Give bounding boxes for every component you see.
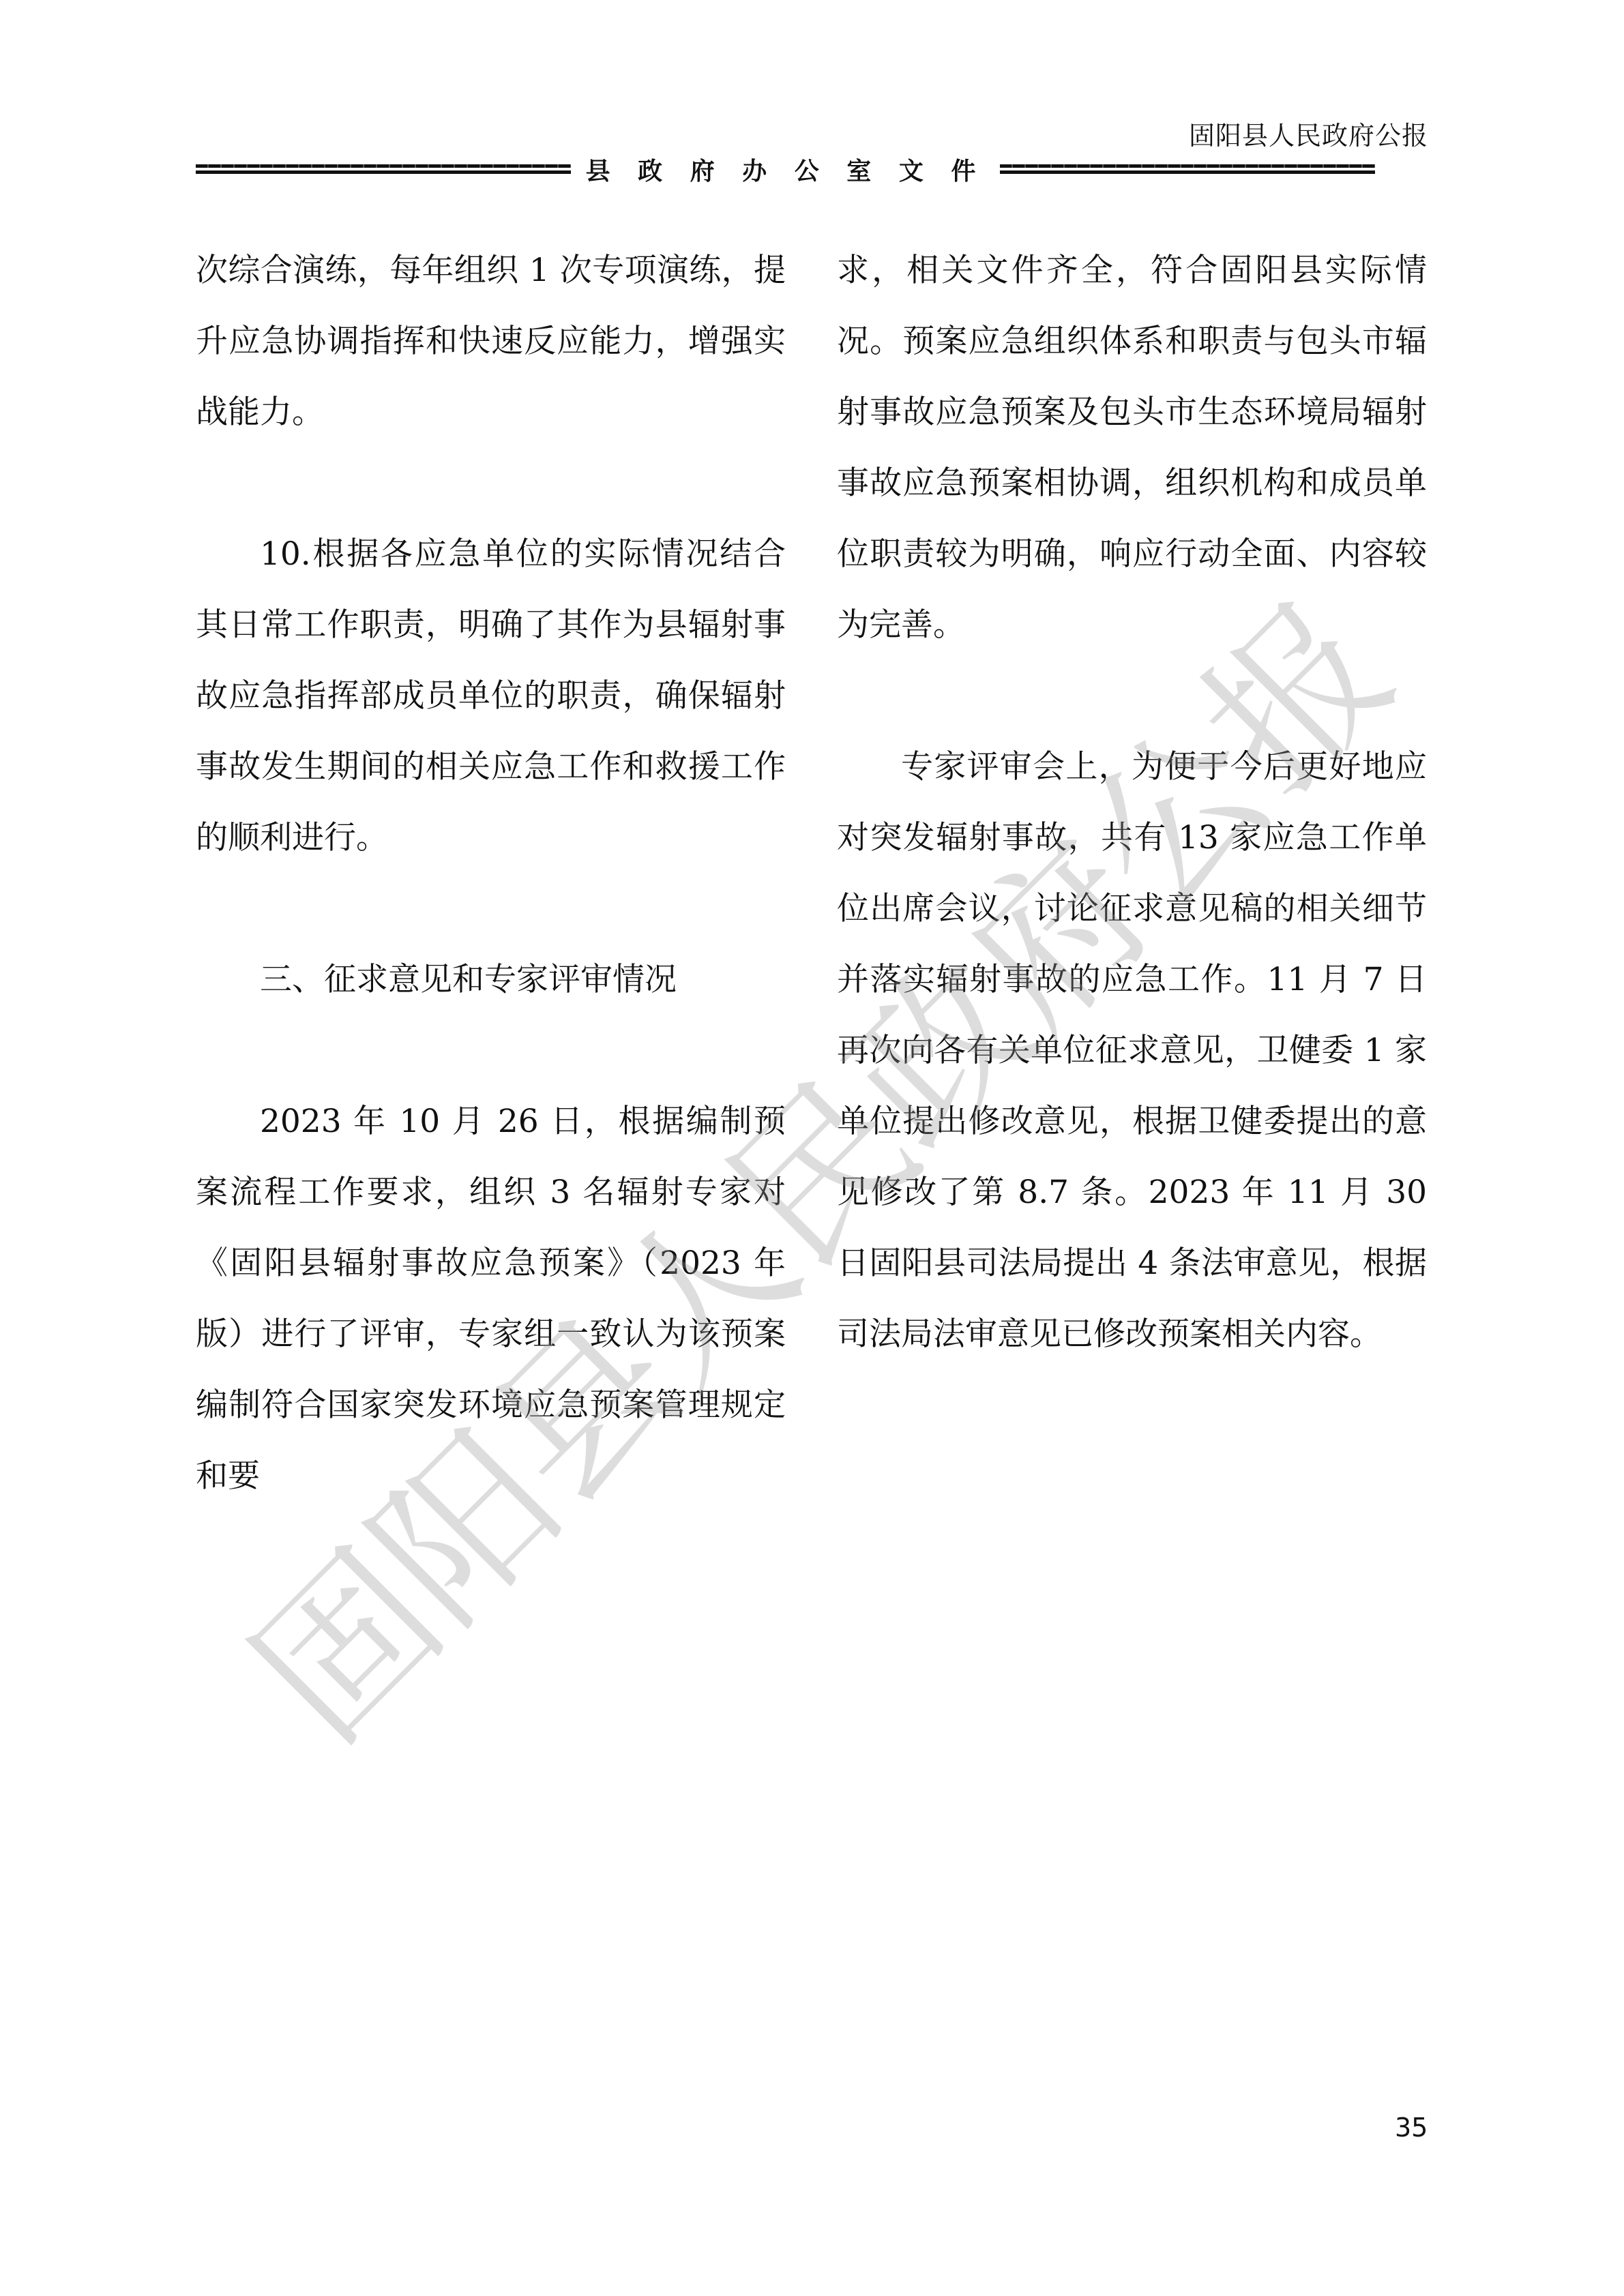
page-number: 35 — [1395, 2113, 1428, 2143]
body-columns: 次综合演练，每年组织 1 次专项演练，提升应急协调指挥和快速反应能力，增强实战能… — [196, 235, 1427, 1583]
paragraph-continuation: 求，相关文件齐全，符合固阳县实际情况。预案应急组织体系和职责与包头市辐射事故应急… — [837, 235, 1427, 661]
paragraph-item-10: 10.根据各应急单位的实际情况结合其日常工作职责，明确了其作为县辐射事故应急指挥… — [196, 519, 786, 874]
double-rule-right — [1000, 164, 1375, 175]
section-title: 县 政 府 办 公 室 文 件 — [571, 152, 1001, 187]
paragraph-review: 2023 年 10 月 26 日，根据编制预案流程工作要求，组织 3 名辐射专家… — [196, 1086, 786, 1512]
section-heading-3: 三、征求意见和专家评审情况 — [196, 944, 786, 1015]
paragraph-expert-meeting: 专家评审会上，为便于今后更好地应对突发辐射事故，共有 13 家应急工作单位出席会… — [837, 732, 1427, 1370]
right-column: 求，相关文件齐全，符合固阳县实际情况。预案应急组织体系和职责与包头市辐射事故应急… — [837, 235, 1427, 1583]
running-head-publication: 固阳县人民政府公报 — [1189, 115, 1428, 152]
left-column: 次综合演练，每年组织 1 次专项演练，提升应急协调指挥和快速反应能力，增强实战能… — [196, 235, 786, 1583]
double-rule-left — [196, 164, 571, 175]
section-header-rule: 县 政 府 办 公 室 文 件 — [196, 155, 1375, 183]
paragraph-continuation: 次综合演练，每年组织 1 次专项演练，提升应急协调指挥和快速反应能力，增强实战能… — [196, 235, 786, 448]
